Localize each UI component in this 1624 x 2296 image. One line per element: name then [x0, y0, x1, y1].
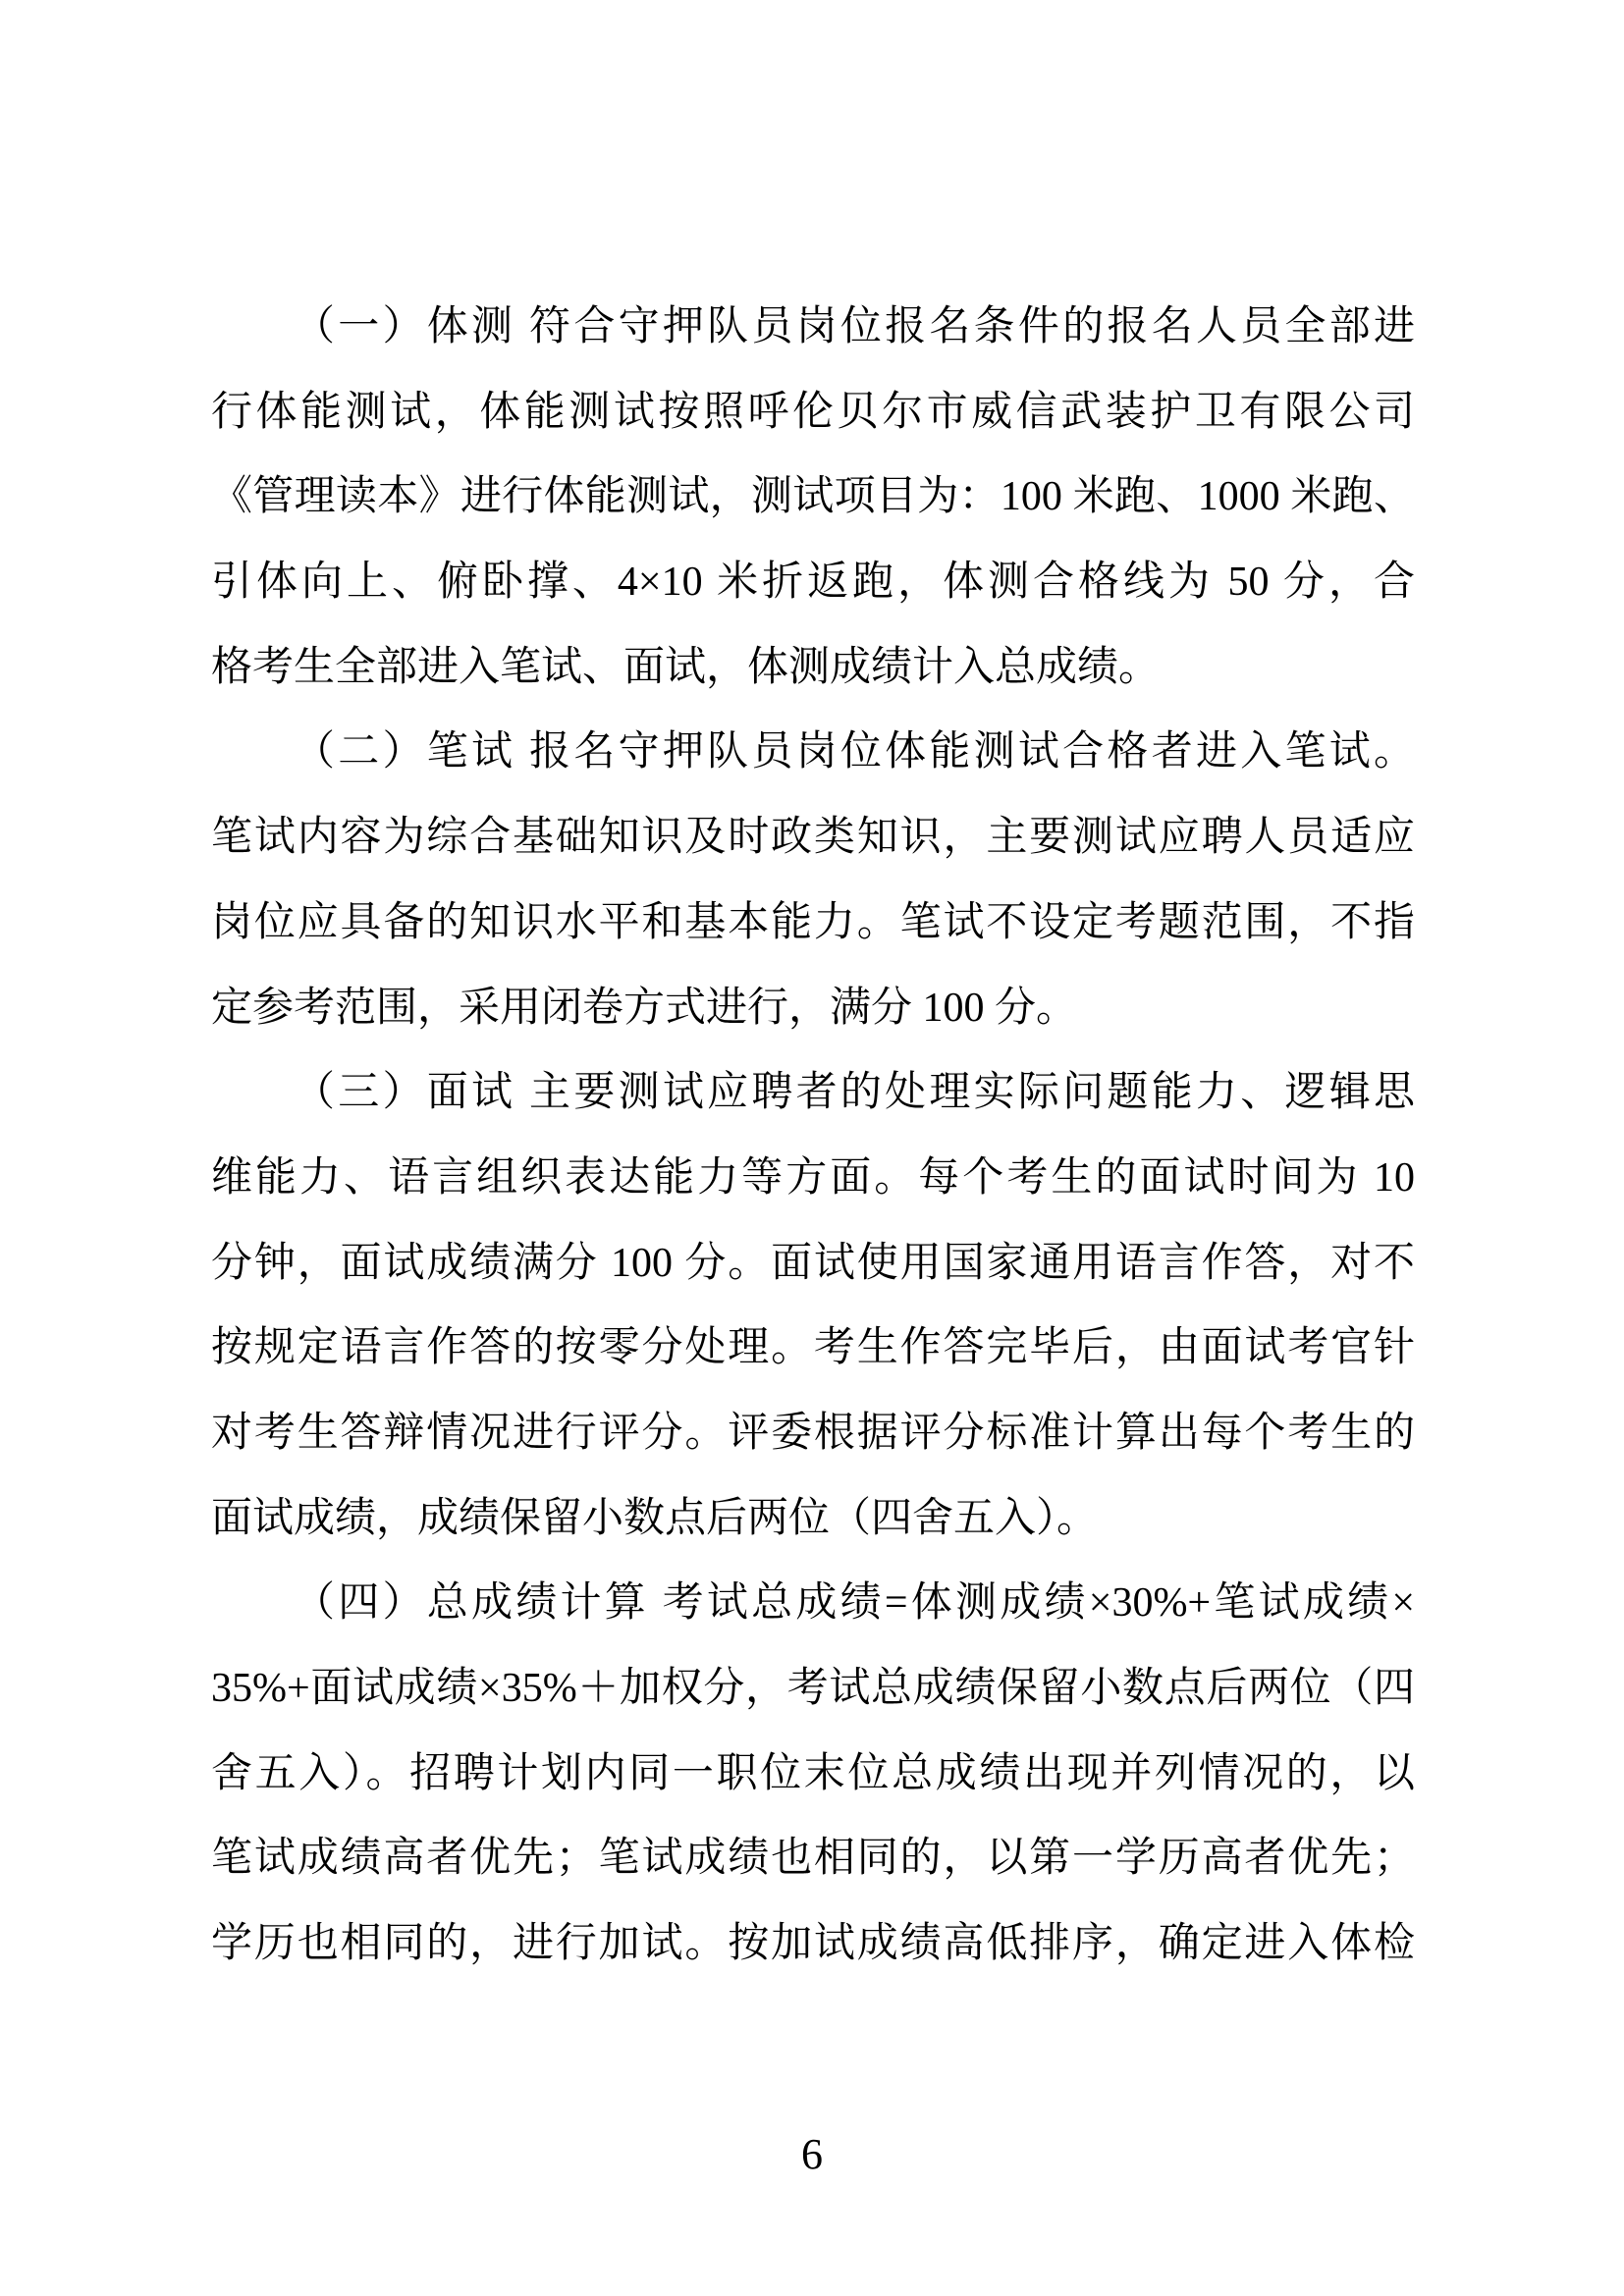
text-line: 《管理读本》进行体能测试，测试项目为：100 米跑、1000 米跑、: [211, 454, 1415, 540]
text-line: 面试成绩，成绩保留小数点后两位（四舍五入）。: [211, 1476, 1415, 1562]
text-line: 行体能测试，体能测试按照呼伦贝尔市威信武装护卫有限公司: [211, 370, 1415, 455]
text-line: 舍五入）。招聘计划内同一职位末位总成绩出现并列情况的，以: [211, 1732, 1415, 1817]
text-line: 笔试内容为综合基础知识及时政类知识，主要测试应聘人员适应: [211, 795, 1415, 881]
text-line: 定参考范围，采用闭卷方式进行，满分 100 分。: [211, 966, 1415, 1051]
text-line: （一）体测 符合守押队员岗位报名条件的报名人员全部进: [211, 285, 1415, 370]
text-line: 对考生答辩情况进行评分。评委根据评分标准计算出每个考生的: [211, 1391, 1415, 1476]
text-line: （二）笔试 报名守押队员岗位体能测试合格者进入笔试。: [211, 710, 1415, 795]
text-line: （四）总成绩计算 考试总成绩=体测成绩×30%+笔试成绩×: [211, 1561, 1415, 1646]
text-line: 岗位应具备的知识水平和基本能力。笔试不设定考题范围，不指: [211, 881, 1415, 966]
text-line: 格考生全部进入笔试、面试，体测成绩计入总成绩。: [211, 625, 1415, 711]
text-line: （三）面试 主要测试应聘者的处理实际问题能力、逻辑思: [211, 1050, 1415, 1136]
text-line: 分钟，面试成绩满分 100 分。面试使用国家通用语言作答，对不: [211, 1221, 1415, 1307]
page-number: 6: [0, 2132, 1624, 2177]
text-line: 笔试成绩高者优先；笔试成绩也相同的，以第一学历高者优先；: [211, 1816, 1415, 1901]
text-line: 学历也相同的，进行加试。按加试成绩高低排序，确定进入体检: [211, 1901, 1415, 1987]
text-line: 按规定语言作答的按零分处理。考生作答完毕后，由面试考官针: [211, 1306, 1415, 1391]
text-line: 引体向上、俯卧撑、4×10 米折返跑，体测合格线为 50 分，合: [211, 540, 1415, 625]
document-page: （一）体测 符合守押队员岗位报名条件的报名人员全部进行体能测试，体能测试按照呼伦…: [0, 0, 1624, 2296]
text-line: 维能力、语言组织表达能力等方面。每个考生的面试时间为 10: [211, 1136, 1415, 1221]
text-line: 35%+面试成绩×35%＋加权分，考试总成绩保留小数点后两位（四: [211, 1646, 1415, 1732]
document-body: （一）体测 符合守押队员岗位报名条件的报名人员全部进行体能测试，体能测试按照呼伦…: [211, 285, 1415, 1987]
